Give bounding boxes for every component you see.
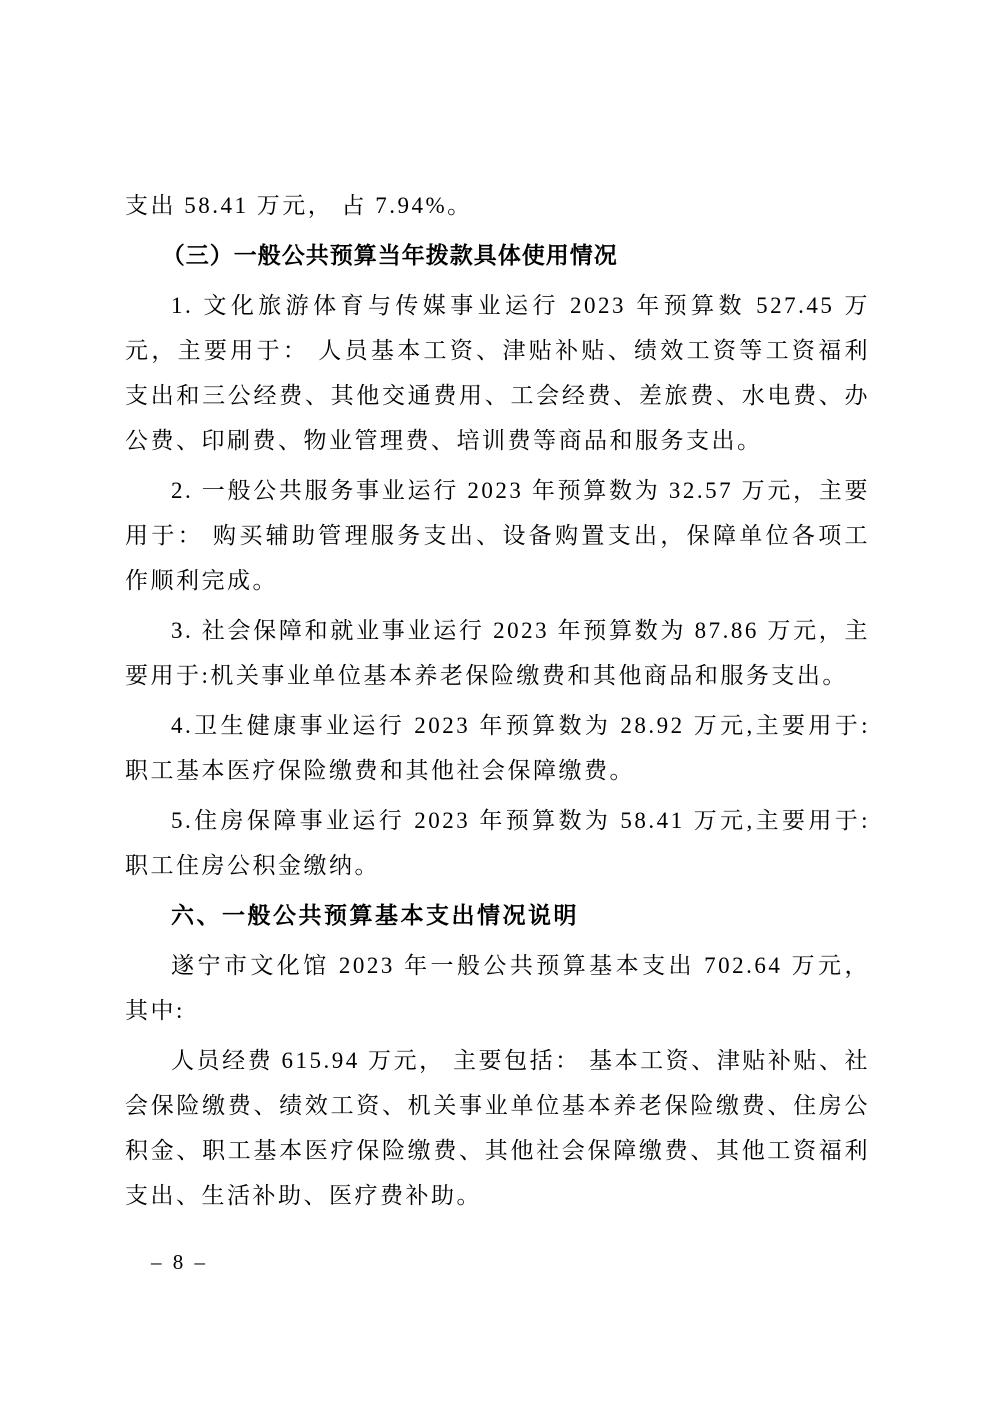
paragraph-health: 4.卫生健康事业运行 2023 年预算数为 28.92 万元,主要用于:职工基本… (125, 703, 870, 793)
paragraph-personnel-funds: 人员经费 615.94 万元， 主要包括： 基本工资、津贴补贴、社会保险缴费、绩… (125, 1038, 870, 1218)
paragraph-basic-expenditure-total: 遂宁市文化馆 2023 年一般公共预算基本支出 702.64 万元，其中: (125, 943, 870, 1033)
continuation-line: 支出 58.41 万元， 占 7.94%。 (125, 183, 870, 228)
paragraph-culture-tourism: 1. 文化旅游体育与传媒事业运行 2023 年预算数 527.45 万元，主要用… (125, 283, 870, 463)
document-page: 支出 58.41 万元， 占 7.94%。 （三）一般公共预算当年拨款具体使用情… (0, 0, 992, 1403)
page-number: – 8 – (125, 1240, 870, 1285)
paragraph-public-service: 2. 一般公共服务事业运行 2023 年预算数为 32.57 万元，主要用于： … (125, 468, 870, 603)
section-heading-6: 六、一般公共预算基本支出情况说明 (125, 893, 870, 938)
paragraph-social-security: 3. 社会保障和就业事业运行 2023 年预算数为 87.86 万元，主要用于:… (125, 608, 870, 698)
section-heading-3: （三）一般公共预算当年拨款具体使用情况 (125, 233, 870, 278)
document-body: 支出 58.41 万元， 占 7.94%。 （三）一般公共预算当年拨款具体使用情… (125, 183, 870, 1285)
paragraph-housing: 5.住房保障事业运行 2023 年预算数为 58.41 万元,主要用于:职工住房… (125, 798, 870, 888)
